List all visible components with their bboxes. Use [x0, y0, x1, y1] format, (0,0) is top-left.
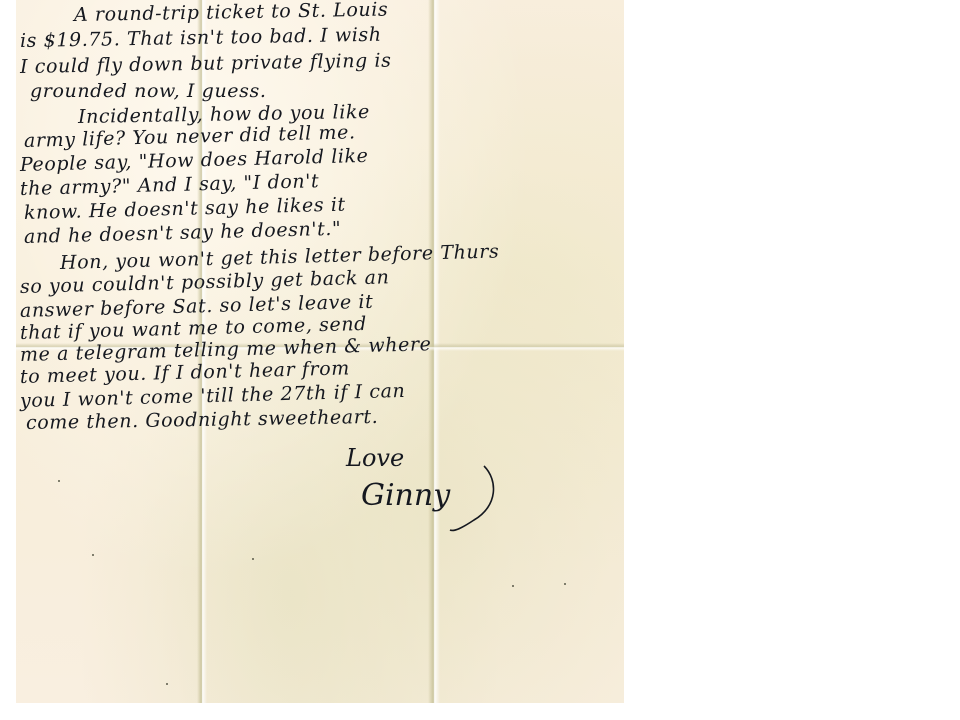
paper-speck [564, 583, 566, 585]
signature-flourish-icon [436, 462, 506, 534]
letter-line: is $19.75. That isn't too bad. I wish [20, 24, 382, 52]
paper-speck [92, 554, 94, 556]
letter-line: I could fly down but private flying is [20, 50, 392, 78]
letter-page: A round-trip ticket to St. Louis is $19.… [16, 0, 624, 703]
paper-speck [58, 480, 60, 482]
letter-line: come then. Goodnight sweetheart. [26, 406, 379, 434]
paper-speck [252, 558, 254, 560]
letter-closing: Love [346, 444, 404, 472]
paper-speck [512, 585, 514, 587]
letter-line: A round-trip ticket to St. Louis [74, 0, 389, 26]
letter-line: grounded now, I guess. [30, 80, 266, 102]
paper-speck [166, 683, 168, 685]
